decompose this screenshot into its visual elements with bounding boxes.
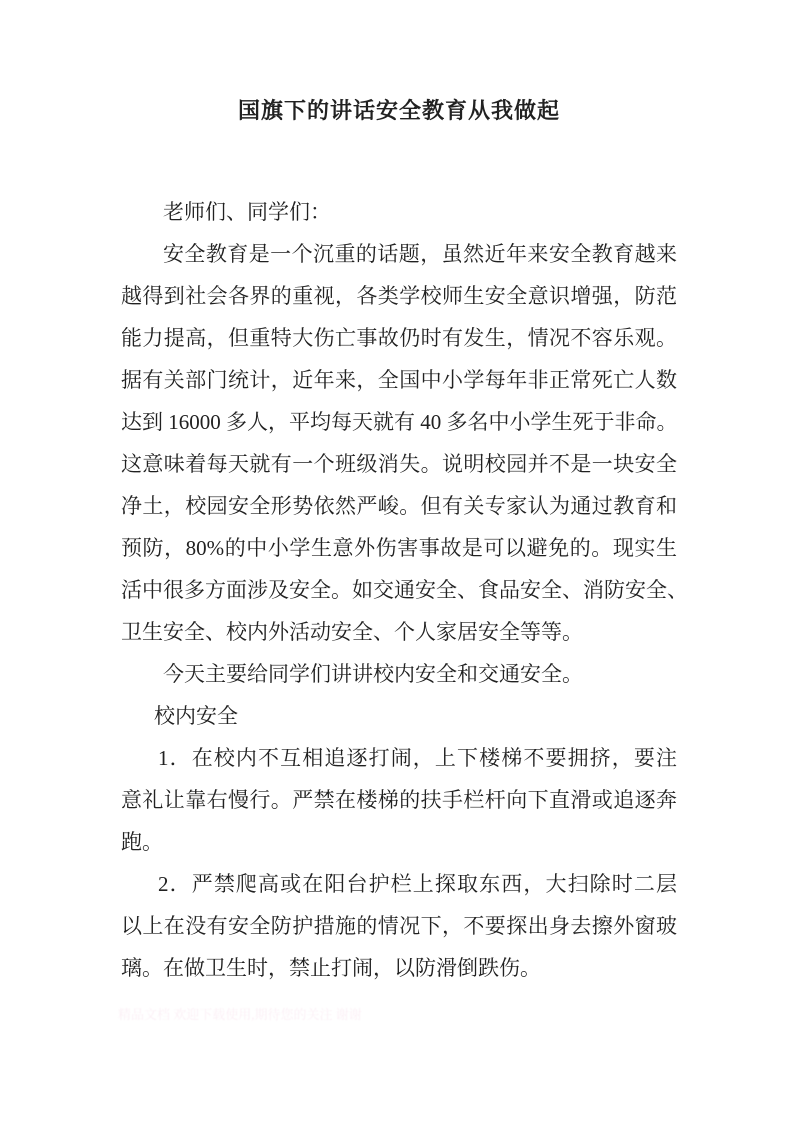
text-line: 活中很多方面涉及安全。如交通安全、食品安全、消防安全、 [121,569,677,611]
text-line: 以上在没有安全防护措施的情况下，不要探出身去擦外窗玻 [121,905,677,947]
paragraph-salutation: 老师们、同学们： [121,191,677,233]
text-line: 这意味着每天就有一个班级消失。说明校园并不是一块安全 [121,443,677,485]
text-line: 璃。在做卫生时，禁止打闹，以防滑倒跌伤。 [121,947,677,989]
paragraph-section-heading-campus-safety: 校内安全 [121,695,677,737]
text-line: 据有关部门统计，近年来，全国中小学每年非正常死亡人数 [121,359,677,401]
text-line: 1．在校内不互相追逐打闹，上下楼梯不要拥挤，要注 [121,737,677,779]
page-title: 国旗下的讲话安全教育从我做起 [121,96,677,126]
document-content: 国旗下的讲话安全教育从我做起 老师们、同学们：安全教育是一个沉重的话题，虽然近年… [121,0,677,989]
text-line: 越得到社会各界的重视，各类学校师生安全意识增强，防范 [121,275,677,317]
text-line: 能力提高，但重特大伤亡事故仍时有发生，情况不容乐观。 [121,317,677,359]
text-line: 卫生安全、校内外活动安全、个人家居安全等等。 [121,611,677,653]
paragraph-rule-2: 2．严禁爬高或在阳台护栏上探取东西，大扫除时二层以上在没有安全防护措施的情况下，… [121,863,677,989]
text-line: 意礼让靠右慢行。严禁在楼梯的扶手栏杆向下直滑或追逐奔 [121,779,677,821]
text-line: 校内安全 [121,695,677,737]
text-line: 净土，校园安全形势依然严峻。但有关专家认为通过教育和 [121,485,677,527]
paragraph-today-topic: 今天主要给同学们讲讲校内安全和交通安全。 [121,653,677,695]
text-line: 老师们、同学们： [121,191,677,233]
text-line: 安全教育是一个沉重的话题，虽然近年来安全教育越来 [121,233,677,275]
text-line: 今天主要给同学们讲讲校内安全和交通安全。 [121,653,677,695]
watermark-text: 精品文档 欢迎下载使用,期待您的关注 谢谢 [118,1001,378,1029]
text-line: 达到 16000 多人，平均每天就有 40 多名中小学生死于非命。 [121,401,677,443]
text-line: 跑。 [121,821,677,863]
paragraph-rule-1: 1．在校内不互相追逐打闹，上下楼梯不要拥挤，要注意礼让靠右慢行。严禁在楼梯的扶手… [121,737,677,863]
text-line: 预防，80%的中小学生意外伤害事故是可以避免的。现实生 [121,527,677,569]
paragraph-intro: 安全教育是一个沉重的话题，虽然近年来安全教育越来越得到社会各界的重视，各类学校师… [121,233,677,653]
document-body: 老师们、同学们：安全教育是一个沉重的话题，虽然近年来安全教育越来越得到社会各界的… [121,191,677,989]
document-page: 国旗下的讲话安全教育从我做起 老师们、同学们：安全教育是一个沉重的话题，虽然近年… [0,0,793,1122]
text-line: 2．严禁爬高或在阳台护栏上探取东西，大扫除时二层 [121,863,677,905]
